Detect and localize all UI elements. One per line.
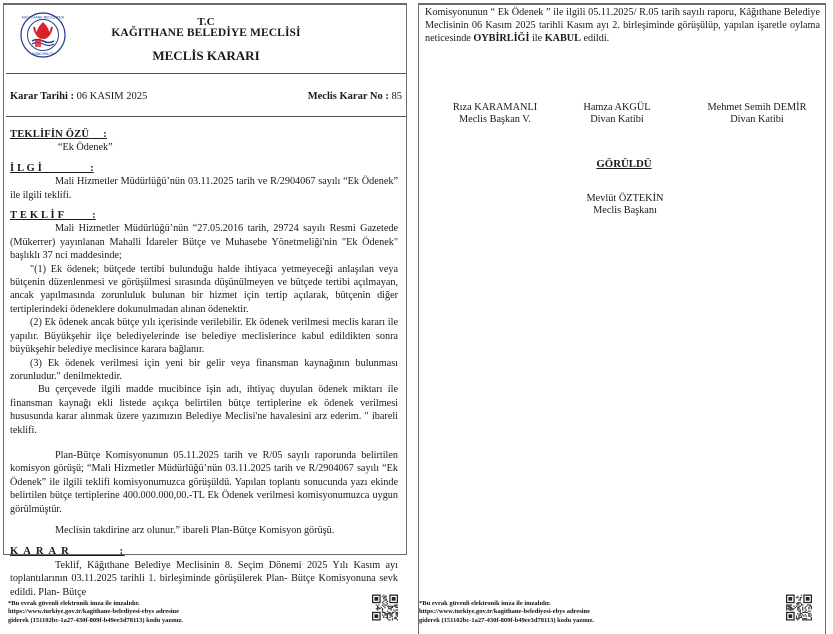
decision-paragraph: Teklif, Kâğıthane Belediye Meclisinin 8.… [10, 559, 398, 599]
meta-divider [6, 116, 406, 117]
chair-name: Mevlüt ÖZTEKİN [530, 193, 720, 205]
decision-date: Karar Tarihi : 06 KASIM 2025 [10, 91, 147, 102]
e-signature-verification-link[interactable]: https://www.turkiye.gov.tr/kagithane-bel… [419, 608, 594, 616]
document-page-1: KAĞITHANE BELEDİYESİ MUNICIPALITY T.C KA… [0, 0, 412, 634]
reference-text: Mali Hizmetler Müdürlüğü’nün 03.11.2025 … [10, 175, 398, 202]
e-signature-notice: *Bu evrak güvenli elektronik imza ile im… [8, 600, 183, 625]
section-heading-reference: İ L G İ : [10, 162, 398, 175]
organization-heading: KAĞITHANE BELEDİYE MECLİSİ [0, 27, 412, 39]
summary-text: “Ek Ödenek” [10, 141, 398, 154]
page-2-border [418, 3, 826, 634]
commission-opinion: Plan-Bütçe Komisyonunun 05.11.2025 tarih… [10, 449, 398, 516]
commission-closing: Meclisin takdirine arz olunur.” ibareli … [10, 524, 398, 537]
decision-number-value: 85 [389, 91, 402, 102]
proposal-paragraph-2: "(1) Ek ödenek; bütçede tertibi bulunduğ… [10, 263, 398, 317]
document-page-2 [416, 0, 833, 634]
header-divider [6, 73, 406, 74]
signatory-title: Divan Katibi [697, 114, 817, 126]
signatory-1: Rıza KARAMANLI Meclis Başkan V. [440, 102, 550, 127]
e-signature-code: giderek (151102bc-1a27-430f-809f-b49ee3d… [8, 617, 183, 625]
e-signature-line-1: *Bu evrak güvenli elektronik imza ile im… [419, 600, 594, 608]
section-heading-decision: K A R A R : [10, 545, 398, 558]
continuation-connector: ile [529, 33, 544, 44]
document-title: MECLİS KARARI [0, 48, 412, 64]
council-chair-signature: Mevlüt ÖZTEKİN Meclis Başkanı [530, 193, 720, 218]
section-heading-summary: TEKLİFİN ÖZÜ : [10, 128, 398, 141]
qr-code-icon [786, 594, 812, 621]
signatory-name: Rıza KARAMANLI [440, 102, 550, 114]
signatory-name: Hamza AKGÜL [567, 102, 667, 114]
signatory-title: Meclis Başkan V. [440, 114, 550, 126]
chair-title: Meclis Başkanı [530, 205, 720, 217]
proposal-paragraph-3: (2) Ek ödenek ancak bütçe yılı içerisind… [10, 316, 398, 356]
vote-result: OYBİRLİĞİ [473, 33, 529, 44]
e-signature-verification-link[interactable]: https://www.turkiye.gov.tr/kagithane-bel… [8, 608, 183, 616]
proposal-paragraph-5: Bu çerçevede ilgili madde mucibince işin… [10, 383, 398, 437]
proposal-paragraph-1: Mali Hizmetler Müdürlüğü’nün “27.05.2016… [10, 222, 398, 262]
e-signature-code: giderek (151102bc-1a27-430f-809f-b49ee3d… [419, 617, 594, 625]
qr-code-icon [372, 594, 398, 621]
e-signature-line-1: *Bu evrak güvenli elektronik imza ile im… [8, 600, 183, 608]
decision-number-label: Meclis Karar No : [308, 91, 389, 102]
e-signature-notice-page-2: *Bu evrak güvenli elektronik imza ile im… [419, 600, 594, 625]
signatory-2: Hamza AKGÜL Divan Katibi [567, 102, 667, 127]
signatory-title: Divan Katibi [567, 114, 667, 126]
signatory-name: Mehmet Semih DEMİR [697, 102, 817, 114]
document-body: TEKLİFİN ÖZÜ : “Ek Ödenek” İ L G İ : Mal… [10, 128, 398, 599]
decision-continuation: Komisyonunun “ Ek Ödenek ” ile ilgili 05… [425, 6, 820, 46]
decision-number: Meclis Karar No : 85 [308, 91, 402, 102]
acceptance-status: KABUL [545, 33, 581, 44]
signatory-3: Mehmet Semih DEMİR Divan Katibi [697, 102, 817, 127]
seen-heading: GÖRÜLDÜ [415, 158, 833, 170]
decision-date-label: Karar Tarihi : [10, 91, 74, 102]
proposal-paragraph-4: (3) Ek ödenek verilmesi için yeni bir ge… [10, 357, 398, 384]
section-heading-proposal: T E K L İ F : [10, 209, 398, 222]
decision-date-value: 06 KASIM 2025 [74, 91, 147, 102]
continuation-end: edildi. [581, 33, 609, 44]
